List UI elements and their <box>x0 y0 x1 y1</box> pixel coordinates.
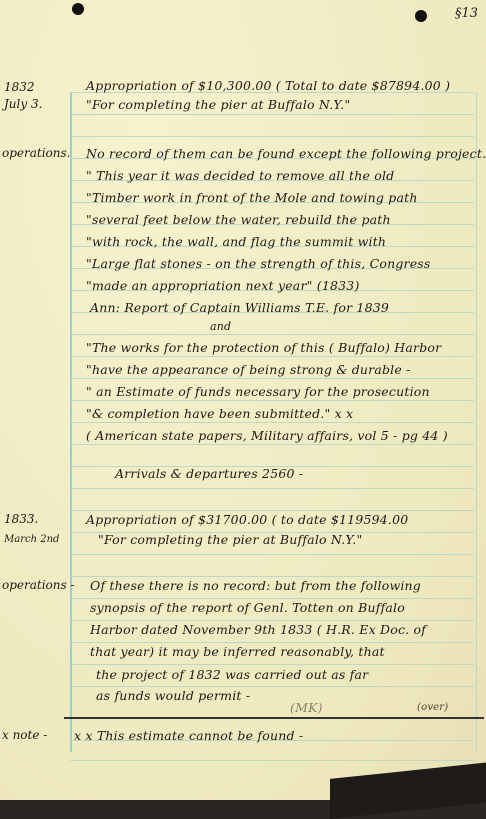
ledger-page: §13 1832 July 3. Appropriation of $10,30… <box>0 0 486 800</box>
page-shadow <box>330 761 486 800</box>
continued-note: (over) <box>417 702 448 713</box>
entry-label: operations. <box>2 146 70 160</box>
punch-hole <box>72 3 84 15</box>
entry-date: March 2nd <box>4 534 59 545</box>
footnote-text: x x This estimate cannot be found - <box>74 728 303 743</box>
punch-hole <box>415 10 427 22</box>
entry-label: operations - <box>2 578 75 592</box>
entry-date: July 3. <box>4 97 42 111</box>
divider-line <box>64 717 484 719</box>
initials: (MK) <box>290 700 323 715</box>
page-number: §13 <box>455 6 478 21</box>
entry-year: 1832 <box>4 80 35 94</box>
entry-year: 1833. <box>4 512 38 526</box>
footnote-label: x note - <box>2 728 47 742</box>
